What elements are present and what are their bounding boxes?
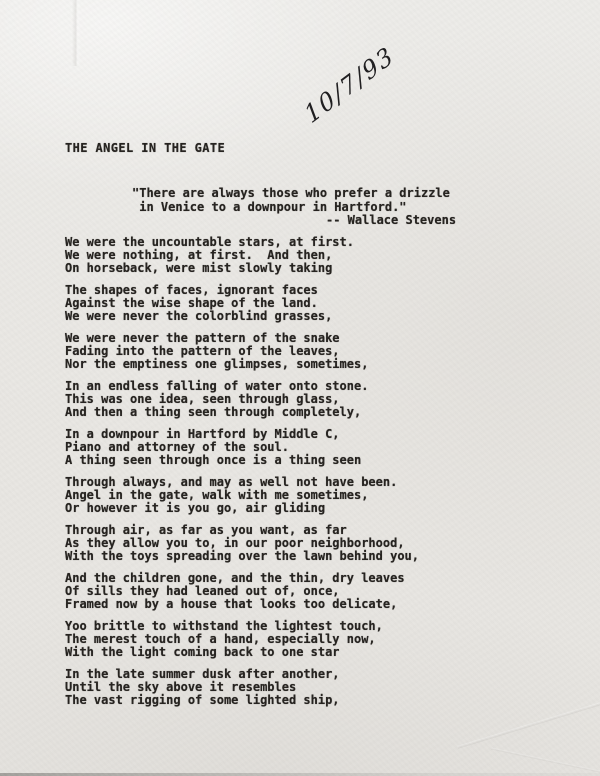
poem-line: Nor the emptiness one glimpses, sometime… [65,358,419,371]
epigraph: "There are always those who prefer a dri… [132,186,450,214]
stanza-6: Through always, and may as well not have… [65,476,419,515]
stanza-7: Through air, as far as you want, as far … [65,524,419,563]
stanza-10: In the late summer dusk after another, U… [65,668,419,707]
stanza-3: We were never the pattern of the snake F… [65,332,419,371]
paper-crease-bottom-right-2 [491,748,600,775]
epigraph-line-1: "There are always those who prefer a dri… [132,186,450,200]
poem-line: With the light coming back to one star [65,646,419,659]
stanza-8: And the children gone, and the thin, dry… [65,572,419,611]
epigraph-attribution: -- Wallace Stevens [326,213,456,227]
stanza-4: In an endless falling of water onto ston… [65,380,419,419]
poem-line: And then a thing seen through completely… [65,406,419,419]
stanza-9: Yoo brittle to withstand the lightest to… [65,620,419,659]
paper-crease-bottom-right [457,696,600,749]
poem-line: We were never the colorblind grasses, [65,310,419,323]
paper-crease-top-left [72,0,81,66]
poem-line: On horseback, were mist slowly taking [65,262,419,275]
epigraph-line-2: in Venice to a downpour in Hartford." [132,200,450,214]
scanned-page: 10/7/93 THE ANGEL IN THE GATE "There are… [0,0,600,776]
poem-line: Or however it is you go, air gliding [65,502,419,515]
poem-body: We were the uncountable stars, at first.… [65,236,419,716]
poem-line: With the toys spreading over the lawn be… [65,550,419,563]
poem-line: Framed now by a house that looks too del… [65,598,419,611]
stanza-2: The shapes of faces, ignorant faces Agai… [65,284,419,323]
poem-title: THE ANGEL IN THE GATE [65,141,225,155]
poem-line: The vast rigging of some lighted ship, [65,694,419,707]
stanza-5: In a downpour in Hartford by Middle C, P… [65,428,419,467]
stanza-1: We were the uncountable stars, at first.… [65,236,419,275]
poem-line: A thing seen through once is a thing see… [65,454,419,467]
handwritten-date: 10/7/93 [300,41,400,129]
